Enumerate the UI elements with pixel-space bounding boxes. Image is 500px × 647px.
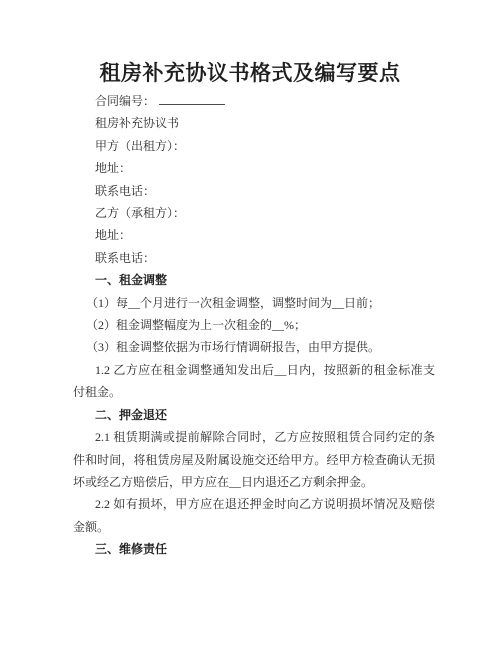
heading-maintenance: 三、维修责任: [73, 538, 435, 560]
item-rent-1: （1）每__个月进行一次租金调整，调整时间为__日前；: [73, 292, 435, 314]
document-body: 合同编号： 租房补充协议书 甲方（出租方）： 地址： 联系电话： 乙方（承租方）…: [73, 90, 435, 561]
line-address-a: 地址：: [73, 157, 435, 179]
line-phone-a: 联系电话：: [73, 180, 435, 202]
heading-deposit-refund: 二、押金退还: [73, 404, 435, 426]
para-2-2-line-2: 金额。: [73, 516, 435, 538]
line-doc-subtitle: 租房补充协议书: [73, 112, 435, 134]
page-title: 租房补充协议书格式及编写要点: [0, 0, 500, 87]
line-phone-b: 联系电话：: [73, 247, 435, 269]
para-1-2-line-1: 1.2 乙方应在租金调整通知发出后__日内，按照新的租金标准支: [73, 359, 435, 381]
para-2-1-line-2: 件和时间，将租赁房屋及附属设施交还给甲方。经甲方检查确认无损: [73, 449, 435, 471]
item-rent-2: （2）租金调整幅度为上一次租金的__%；: [73, 314, 435, 336]
document-page: 租房补充协议书格式及编写要点 合同编号： 租房补充协议书 甲方（出租方）： 地址…: [0, 0, 500, 647]
para-1-2-line-2: 付租金。: [73, 381, 435, 403]
para-2-1-line-1: 2.1 租赁期满或提前解除合同时，乙方应按照租赁合同约定的条: [73, 426, 435, 448]
line-party-a: 甲方（出租方）：: [73, 135, 435, 157]
line-contract-no: 合同编号：: [73, 90, 435, 112]
line-address-b: 地址：: [73, 224, 435, 246]
para-2-2-line-1: 2.2 如有损坏，甲方应在退还押金时向乙方说明损坏情况及赔偿: [73, 493, 435, 515]
contract-no-label: 合同编号：: [95, 94, 155, 108]
contract-no-blank-field: [159, 92, 225, 105]
item-rent-3: （3）租金调整依据为市场行情调研报告，由甲方提供。: [73, 336, 435, 358]
heading-rent-adjustment: 一、租金调整: [73, 269, 435, 291]
para-2-1-line-3: 坏或经乙方赔偿后，甲方应在__日内退还乙方剩余押金。: [73, 471, 435, 493]
line-party-b: 乙方（承租方）：: [73, 202, 435, 224]
